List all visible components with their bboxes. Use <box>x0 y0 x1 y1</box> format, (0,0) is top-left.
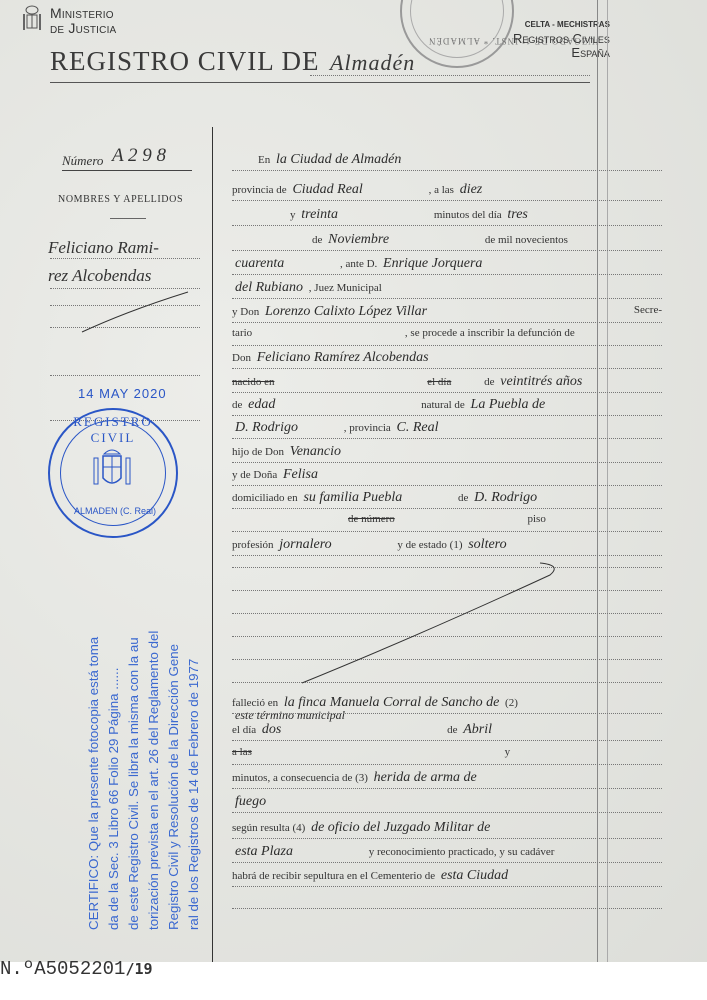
handwritten-value: Lorenzo Calixto López Villar <box>262 304 430 319</box>
deceased-name-line-2: rez Alcobendas <box>48 266 151 286</box>
label: de <box>484 376 494 388</box>
handwritten-value: herida de arma de <box>371 770 480 785</box>
serial-number: N.ºA5052201/19 <box>0 958 153 980</box>
handwritten-value: Venancio <box>287 444 344 459</box>
label: profesión <box>232 539 274 551</box>
label: y de estado (1) <box>397 539 462 551</box>
field-cemetery: habrá de recibir sepultura en el Cemente… <box>232 868 662 884</box>
serial-value: A5052201 <box>34 958 125 980</box>
label: En <box>258 154 270 166</box>
coat-of-arms-icon <box>22 4 42 34</box>
cancel-stroke-mark <box>300 555 560 685</box>
handwritten-value: esta Ciudad <box>438 868 511 883</box>
form-line <box>232 438 662 439</box>
handwritten-value: edad <box>245 397 278 412</box>
certification-line: da de la Sec. 3 Libro 66 Folio 29 Página… <box>104 540 124 930</box>
label: el día <box>232 724 256 736</box>
field-profession: profesión jornalero y de estado (1) solt… <box>232 537 662 553</box>
ministry-line-2: de Justicia <box>50 21 116 36</box>
handwritten-value: Noviembre <box>325 232 392 247</box>
numero-value: A 2 9 8 <box>112 145 166 167</box>
form-line <box>232 485 662 486</box>
certification-line: de este Registro Civil. Se libra la mism… <box>124 540 144 930</box>
label: minutos, a consecuencia de (3) <box>232 772 368 784</box>
serial-suffix: /19 <box>125 960 152 978</box>
form-line <box>232 508 662 509</box>
form-line <box>232 392 662 393</box>
handwritten-value: Abril <box>460 722 495 737</box>
label: habrá de recibir sepultura en el Cemente… <box>232 870 435 882</box>
certification-line: Registro Civil y Resolución de la Direcc… <box>164 540 184 930</box>
field-time: y treinta minutos del día tres <box>232 207 662 223</box>
deceased-name-line-1: Feliciano Rami- <box>48 238 159 258</box>
form-line <box>232 415 662 416</box>
handwritten-value: de oficio del Juzgado Militar de <box>308 820 493 835</box>
column-divider <box>212 127 213 967</box>
header-divider <box>50 82 590 83</box>
registry-brand: CELTA - MECHISTRAS Registros Civiles Esp… <box>513 16 610 60</box>
handwritten-value: La Puebla de <box>468 397 549 412</box>
field-native-province: D. Rodrigo , provincia C. Real <box>232 420 662 436</box>
form-line <box>232 838 662 839</box>
form-line <box>232 862 662 863</box>
label: de <box>312 234 322 246</box>
field-address-number: de número piso <box>232 513 662 525</box>
label: de mil novecientos <box>485 234 568 246</box>
field-secretary: y Don Lorenzo Calixto López Villar Secre… <box>232 304 662 320</box>
handwritten-value: Enrique Jorquera <box>380 256 485 271</box>
field-source: según resulta (4) de oficio del Juzgado … <box>232 820 662 836</box>
label: y de Doña <box>232 469 277 481</box>
form-line <box>232 886 662 887</box>
field-judge: cuarenta , ante D. Enrique Jorquera <box>232 256 662 272</box>
certification-line: CERTIFICO: Que la presente fotocopia est… <box>84 540 104 930</box>
name-line <box>50 288 200 289</box>
label: de <box>458 492 468 504</box>
label: el día <box>427 376 451 388</box>
field-deceased: Don Feliciano Ramírez Alcobendas <box>232 350 662 366</box>
label: , a las <box>429 184 454 196</box>
label: y <box>290 209 296 221</box>
handwritten-value: dos <box>259 722 284 737</box>
handwritten-value: esta Plaza <box>232 844 296 859</box>
label: de número <box>348 513 395 525</box>
numero-label: Número <box>62 153 103 169</box>
certification-line: torización prevista en el art. 26 del Re… <box>144 540 164 930</box>
field-birth: nacido en el día de veintitrés años <box>232 374 662 390</box>
handwritten-value: Feliciano Ramírez Alcobendas <box>254 350 432 365</box>
brand-line-2: España <box>513 46 610 60</box>
label: según resulta (4) <box>232 822 305 834</box>
form-line <box>232 225 662 226</box>
label: Secre- <box>634 304 662 316</box>
handwritten-value: del Rubiano <box>232 280 306 295</box>
name-line <box>50 375 200 376</box>
handwritten-value: jornalero <box>276 537 334 552</box>
handwritten-value: D. Rodrigo <box>232 420 301 435</box>
handwritten-value: su familia Puebla <box>300 490 405 505</box>
field-place: En la Ciudad de Almadén <box>258 152 688 168</box>
label: piso <box>527 513 545 525</box>
nombres-label: NOMBRES Y APELLIDOS <box>58 194 183 205</box>
field-death-place-cont: este término municipal <box>232 708 662 723</box>
label: nacido en <box>232 376 274 388</box>
label: de <box>447 724 457 736</box>
brand-line-1: Registros Civiles <box>513 32 610 46</box>
label: Don <box>232 352 251 364</box>
label: natural de <box>421 399 465 411</box>
label: a las <box>232 746 252 758</box>
field-source-cont: esta Plaza y reconocimiento practicado, … <box>232 844 662 860</box>
field-death-time: a las y <box>232 746 662 758</box>
handwritten-value: Felisa <box>280 467 321 482</box>
label: y reconocimiento practicado, y su cadáve… <box>369 846 555 858</box>
handwritten-value: cuarenta <box>232 256 287 271</box>
field-father: hijo de Don Venancio <box>232 444 662 460</box>
form-line <box>232 250 662 251</box>
certification-line: ral de los Registros de 14 de Febrero de… <box>184 540 204 930</box>
label: domiciliado en <box>232 492 298 504</box>
label: y <box>505 746 511 758</box>
cancel-stroke-mark <box>80 290 190 335</box>
label: provincia de <box>232 184 287 196</box>
form-line <box>232 908 662 909</box>
handwritten-value: fuego <box>232 794 269 809</box>
label: hijo de Don <box>232 446 284 458</box>
stamp-date: 14 MAY 2020 <box>78 386 167 401</box>
handwritten-value: este término municipal <box>232 708 348 722</box>
handwritten-value: treinta <box>298 207 341 222</box>
stamp-top-text: REGISTRO CIVIL <box>70 414 156 446</box>
form-line <box>232 200 662 201</box>
certification-text: CERTIFICO: Que la presente fotocopia est… <box>84 540 204 930</box>
handwritten-value: D. Rodrigo <box>471 490 540 505</box>
label: , se procede a inscribir la defunción de <box>405 327 575 339</box>
form-line <box>232 322 662 323</box>
field-month: de Noviembre de mil novecientos <box>232 232 662 248</box>
label: , Juez Municipal <box>309 282 382 294</box>
handwritten-value: diez <box>457 182 486 197</box>
form-line <box>232 740 662 741</box>
label: tario <box>232 327 252 339</box>
form-line <box>232 170 662 171</box>
page-title: REGISTRO CIVIL DE <box>50 46 319 77</box>
ministry-name: Ministerio de Justicia <box>50 6 116 36</box>
handwritten-value: veintitrés años <box>497 374 585 389</box>
field-secretary-cont: tario , se procede a inscribir la defunc… <box>232 327 662 339</box>
label: minutos del día <box>434 209 502 221</box>
handwritten-value: soltero <box>465 537 509 552</box>
form-line <box>232 812 662 813</box>
field-cause-cont: fuego <box>232 794 662 810</box>
field-domicile: domiciliado en su familia Puebla de D. R… <box>232 490 662 506</box>
form-line <box>232 368 662 369</box>
form-line <box>232 531 662 532</box>
handwritten-value: tres <box>504 207 530 222</box>
form-line <box>232 764 662 765</box>
serial-prefix: N.º <box>0 958 34 980</box>
ministry-line-1: Ministerio <box>50 6 116 21</box>
field-judge-cont: del Rubiano , Juez Municipal <box>232 280 662 296</box>
handwritten-value: C. Real <box>394 420 442 435</box>
field-native: de edad natural de La Puebla de <box>232 397 662 413</box>
handwritten-value: Ciudad Real <box>289 182 365 197</box>
numero-underline <box>62 170 192 171</box>
title-handwritten-place: Almadén <box>330 50 415 76</box>
form-line <box>232 713 662 714</box>
field-cause: minutos, a consecuencia de (3) herida de… <box>232 770 662 786</box>
label: , provincia <box>344 422 391 434</box>
short-divider <box>110 218 146 219</box>
field-mother: y de Doña Felisa <box>232 467 662 483</box>
field-province: provincia de Ciudad Real , a las diez <box>232 182 662 198</box>
handwritten-value: la Ciudad de Almadén <box>273 152 404 167</box>
form-line <box>232 345 662 346</box>
stamp-bottom-text: ALMADEN (C. Real) <box>65 506 165 516</box>
coat-of-arms-icon <box>92 446 132 492</box>
form-line <box>232 462 662 463</box>
field-death-date: el día dos de Abril <box>232 722 662 738</box>
form-line <box>232 274 662 275</box>
label: de <box>232 399 242 411</box>
label: y Don <box>232 306 259 318</box>
label: , ante D. <box>340 258 377 270</box>
form-line <box>232 788 662 789</box>
form-line <box>232 298 662 299</box>
name-line <box>50 258 200 259</box>
